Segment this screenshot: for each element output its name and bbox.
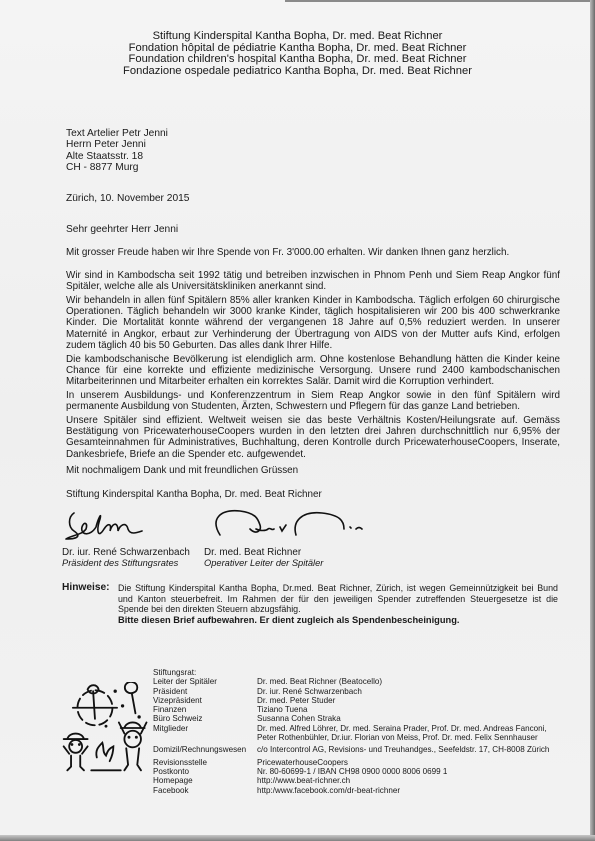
- homepage-link: http://www.beat-richner.ch: [257, 776, 350, 785]
- council-member-row: Büro SchweizSusanna Cohen Straka: [153, 714, 549, 723]
- signer-richner: Dr. med. Beat Richner Operativer Leiter …: [204, 547, 323, 569]
- council-member-row: PräsidentDr. iur. René Schwarzenbach: [153, 687, 549, 696]
- salutation: Sehr geehrter Herr Jenni: [66, 224, 178, 235]
- body-paragraph: Wir sind in Kambodscha seit 1992 tätig u…: [66, 270, 560, 292]
- body-paragraph: Mit grosser Freude haben wir Ihre Spende…: [66, 247, 560, 258]
- closing-phrase: Mit nochmaligem Dank und mit freundliche…: [66, 465, 298, 476]
- council-member-row: VizepräsidentDr. med. Peter Studer: [153, 696, 549, 705]
- council-member-row: Leiter der SpitälerDr. med. Beat Richner…: [153, 677, 549, 686]
- letter-page: Stiftung Kinderspital Kantha Bopha, Dr. …: [0, 0, 590, 836]
- receipt-notice: Bitte diesen Brief aufbewahren. Er dient…: [118, 615, 558, 626]
- body-paragraph: Die kambodschanische Bevölkerung ist ele…: [66, 354, 560, 387]
- info-row-auditor: RevisionsstellePricewaterhouseCoopers: [153, 758, 549, 767]
- signer-role: Operativer Leiter der Spitäler: [204, 558, 323, 569]
- letterhead-line-it: Fondazione ospedale pediatrico Kantha Bo…: [0, 66, 595, 78]
- council-member-row: Peter Rothenbühler, Dr.iur. Florian von …: [153, 733, 549, 742]
- tax-notice: Die Stiftung Kinderspital Kantha Bopha, …: [118, 583, 558, 615]
- council-member-row: MitgliederDr. med. Alfred Löhrer, Dr. me…: [153, 724, 549, 733]
- letter-date: Zürich, 10. November 2015: [66, 193, 189, 204]
- paper-edge: [0, 835, 595, 841]
- info-row-facebook: Facebookhttp:/www.facebook.com/dr-beat-r…: [153, 786, 549, 795]
- council-heading: Stiftungsrat:: [153, 668, 257, 677]
- foundation-council: Stiftungsrat: Leiter der SpitälerDr. med…: [153, 668, 549, 795]
- handwritten-signatures: [60, 505, 390, 547]
- info-row-postal-account: PostkontoNr. 80-60699-1 / IBAN CH98 0900…: [153, 767, 549, 776]
- signer-role: Präsident des Stiftungsrates: [62, 558, 190, 569]
- info-row-domicile: Domizil/Rechnungswesenc/o Intercontrol A…: [153, 745, 549, 754]
- body-paragraph: Unsere Spitäler sind effizient. Weltweit…: [66, 415, 560, 459]
- body-paragraph: In unserem Ausbildungs- und Konferenzzen…: [66, 390, 560, 412]
- recipient-name: Herrn Peter Jenni: [66, 139, 168, 150]
- signer-name: Dr. iur. René Schwarzenbach: [62, 547, 190, 558]
- paper-edge: [285, 0, 595, 2]
- letter-body: Mit grosser Freude haben wir Ihre Spende…: [66, 247, 560, 463]
- notes-label: Hinweise:: [62, 582, 110, 593]
- facebook-link: http:/www.facebook.com/dr-beat-richner: [257, 786, 400, 795]
- letterhead-line-de: Stiftung Kinderspital Kantha Bopha, Dr. …: [0, 31, 595, 43]
- notes-text: Die Stiftung Kinderspital Kantha Bopha, …: [118, 583, 558, 625]
- recipient-address: Text Artelier Petr Jenni Herrn Peter Jen…: [66, 128, 168, 173]
- info-row-homepage: Homepagehttp://www.beat-richner.ch: [153, 776, 549, 785]
- recipient-street: Alte Staatsstr. 18: [66, 151, 168, 162]
- signer-schwarzenbach: Dr. iur. René Schwarzenbach Präsident de…: [62, 547, 190, 569]
- council-member-row: FinanzenTiziano Tuena: [153, 705, 549, 714]
- signer-name: Dr. med. Beat Richner: [204, 547, 323, 558]
- recipient-company: Text Artelier Petr Jenni: [66, 128, 168, 139]
- sender-organization: Stiftung Kinderspital Kantha Bopha, Dr. …: [66, 489, 322, 500]
- kantha-bopha-children-logo-icon: [60, 682, 152, 774]
- recipient-city: CH - 8877 Murg: [66, 162, 168, 173]
- letterhead: Stiftung Kinderspital Kantha Bopha, Dr. …: [0, 31, 595, 77]
- body-paragraph: Wir behandeln in allen fünf Spitälern 85…: [66, 295, 560, 350]
- letterhead-line-en: Foundation children's hospital Kantha Bo…: [0, 54, 595, 66]
